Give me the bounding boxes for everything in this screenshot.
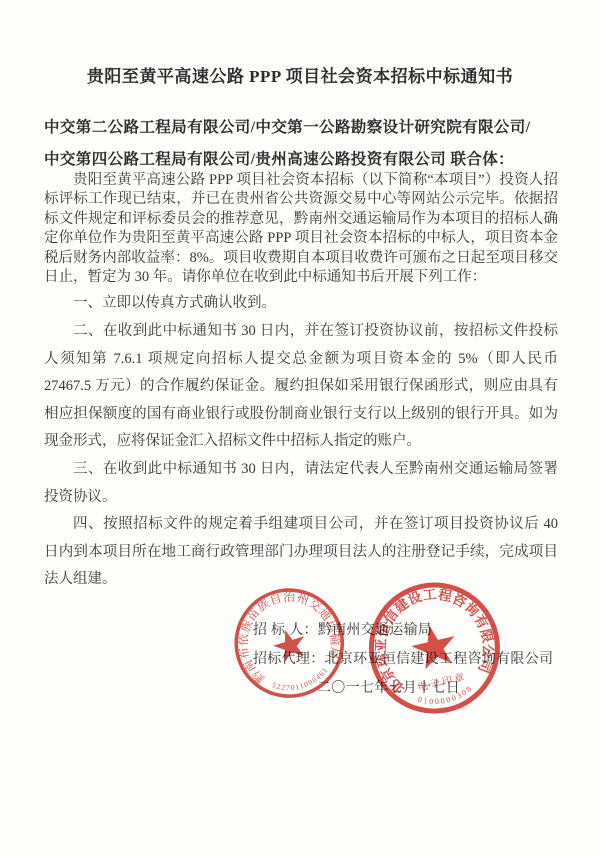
tenderer-name: 黔南州交通运输局: [318, 623, 432, 638]
signature-block: 招 标 人：黔南州交通运输局 招标代理：北京环亚恒信建设工程咨询有限公司 二〇一…: [253, 616, 553, 703]
addressee-line-1: 中交第二公路工程局有限公司/中交第一公路勘察设计研究院有限公司/: [44, 112, 562, 144]
agent-label: 招标代理：: [253, 652, 325, 667]
agent-line: 招标代理：北京环亚恒信建设工程咨询有限公司: [253, 645, 553, 674]
tenderer-label: 招 标 人：: [253, 623, 318, 638]
signature-date: 二〇一七年七月十七日: [253, 674, 553, 703]
intro-paragraph: 贵阳至黄平高速公路 PPP 项目社会资本招标（以下简称“本项目”）投资人招标评标…: [44, 171, 558, 287]
list-item-2: 二、在收到此中标通知书 30 日内，并在签订投资协议前，按招标文件投标人须知第 …: [44, 318, 558, 456]
document-body: 贵阳至黄平高速公路 PPP 项目社会资本招标（以下简称“本项目”）投资人招标评标…: [44, 171, 558, 594]
addressee-block: 中交第二公路工程局有限公司/中交第一公路勘察设计研究院有限公司/ 中交第四公路工…: [44, 112, 562, 176]
list-item-4: 四、按照招标文件的规定着手组建项目公司，并在签订项目投资协议后 40 日内到本项…: [44, 511, 558, 594]
list-item-3: 三、在收到此中标通知书 30 日内，请法定代表人至黔南州交通运输局签署投资协议。: [44, 456, 558, 511]
list-item-1: 一、立即以传真方式确认收到。: [44, 290, 558, 318]
document-page: 贵阳至黄平高速公路 PPP 项目社会资本招标中标通知书 中交第二公路工程局有限公…: [0, 0, 600, 857]
agent-name: 北京环亚恒信建设工程咨询有限公司: [325, 652, 554, 667]
document-title: 贵阳至黄平高速公路 PPP 项目社会资本招标中标通知书: [0, 62, 600, 87]
tenderer-line: 招 标 人：黔南州交通运输局: [253, 616, 553, 645]
